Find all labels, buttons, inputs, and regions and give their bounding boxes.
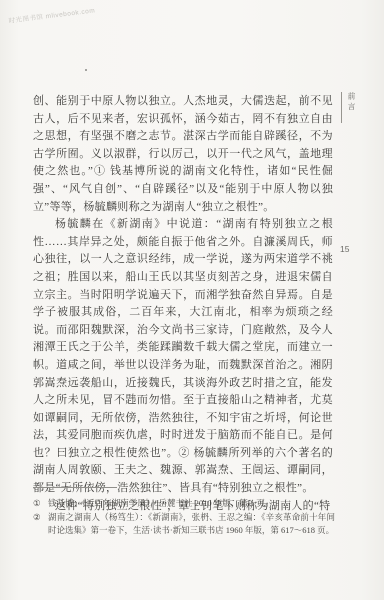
footnote-2: ② 湖南之湖南人（杨笃生）：《新湖南》，张枬、王忍之编：《辛亥革命前十年间时论选… bbox=[33, 511, 335, 538]
chapter-label: 前言 bbox=[346, 92, 357, 113]
chapter-margin-tab: 前言 bbox=[341, 92, 357, 123]
footnote-1-text: 钱基博：《近百年湖南学风》，岳麓书社 2010 年版，第 1 页。 bbox=[48, 498, 273, 508]
ink-speck bbox=[85, 69, 87, 71]
margin-rule bbox=[341, 92, 342, 123]
paragraph-yang-yulin-quote: 杨毓麟在《新湖南》中说道：“湖南有特别独立之根性……其岸异之处，颇能自振于他省之… bbox=[33, 216, 333, 498]
paragraph-continuation: 创、能别于中原人物以独立。人杰地灵，大儒迭起，前不见古人，后不见来者，宏识孤怀，… bbox=[33, 93, 333, 216]
book-page-scan: 时光图书馆 mlivebook.com 创、能别于中原人物以独立。人杰地灵，大儒… bbox=[0, 0, 384, 600]
footnote-2-text: 湖南之湖南人（杨笃生）：《新湖南》，张枬、王忍之编：《辛亥革命前十年间时论选集》… bbox=[48, 512, 335, 536]
footnote-2-marker: ② bbox=[33, 511, 41, 525]
footnote-divider bbox=[33, 487, 117, 488]
footnote-1: ① 钱基博：《近百年湖南学风》，岳麓书社 2010 年版，第 1 页。 bbox=[33, 497, 335, 511]
footnote-1-marker: ① bbox=[33, 497, 41, 511]
main-text: 创、能别于中原人物以独立。人杰地灵，大儒迭起，前不见古人，后不见来者，宏识孤怀，… bbox=[33, 93, 333, 515]
footnote-area: ① 钱基博：《近百年湖南学风》，岳麓书社 2010 年版，第 1 页。 ② 湖南… bbox=[33, 487, 335, 538]
watermark: 时光图书馆 mlivebook.com bbox=[8, 5, 96, 25]
page-number: 15 bbox=[340, 244, 349, 254]
